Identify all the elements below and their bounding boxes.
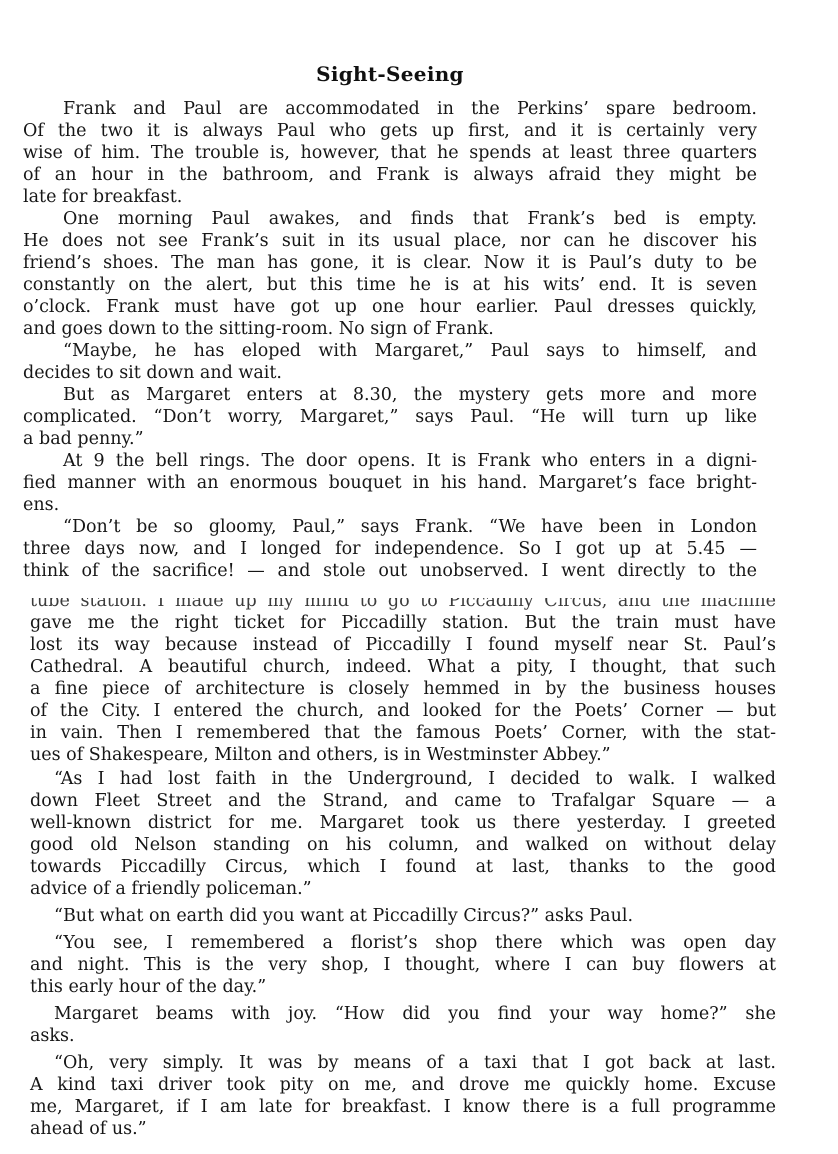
- text-line: “But what on earth did you want at Picca…: [30, 905, 776, 927]
- text-line: Of the two it is always Paul who gets up…: [23, 120, 757, 142]
- text-line: a bad penny.”: [23, 428, 757, 450]
- text-line: fied manner with an enormous bouquet in …: [23, 472, 757, 494]
- text-line: a fine piece of architecture is closely …: [30, 678, 776, 700]
- text-line: A kind taxi driver took pity on me, and …: [30, 1074, 776, 1096]
- paragraph: “Oh, very simply. It was by means of a t…: [30, 1052, 776, 1140]
- text-line: One morning Paul awakes, and finds that …: [23, 208, 757, 230]
- text-line: constantly on the alert, but this time h…: [23, 274, 757, 296]
- paragraph: “Maybe, he has eloped with Margaret,” Pa…: [23, 340, 757, 384]
- text-line: wise of him. The trouble is, however, th…: [23, 142, 757, 164]
- text-line: advice of a friendly policeman.”: [30, 878, 776, 900]
- text-line: gave me the right ticket for Piccadilly …: [30, 612, 776, 634]
- text-column-upper: Frank and Paul are accommodated in the P…: [23, 98, 757, 582]
- text-line: complicated. “Don’t worry, Margaret,” sa…: [23, 406, 757, 428]
- text-line: and goes down to the sitting-room. No si…: [23, 318, 757, 340]
- text-line: o’clock. Frank must have got up one hour…: [23, 296, 757, 318]
- text-line: “As I had lost faith in the Underground,…: [30, 768, 776, 790]
- text-line: decides to sit down and wait.: [23, 362, 757, 384]
- paragraph: Frank and Paul are accommodated in the P…: [23, 98, 757, 208]
- text-line: He does not see Frank’s suit in its usua…: [23, 230, 757, 252]
- paragraph: tube station. I made up my mind to go to…: [30, 590, 776, 766]
- text-line: of an hour in the bathroom, and Frank is…: [23, 164, 757, 186]
- text-line: me, Margaret, if I am late for breakfast…: [30, 1096, 776, 1118]
- text-line: lost its way because instead of Piccadil…: [30, 634, 776, 656]
- text-line: of the City. I entered the church, and l…: [30, 700, 776, 722]
- text-line: “Maybe, he has eloped with Margaret,” Pa…: [23, 340, 757, 362]
- text-line: late for breakfast.: [23, 186, 757, 208]
- text-line: Frank and Paul are accommodated in the P…: [23, 98, 757, 120]
- text-line: tube station. I made up my mind to go to…: [30, 590, 776, 612]
- text-line: friend’s shoes. The man has gone, it is …: [23, 252, 757, 274]
- text-line: good old Nelson standing on his column, …: [30, 834, 776, 856]
- text-line: “Don’t be so gloomy, Paul,” says Frank. …: [23, 516, 757, 538]
- text-line: Cathedral. A beautiful church, indeed. W…: [30, 656, 776, 678]
- paragraph: “Don’t be so gloomy, Paul,” says Frank. …: [23, 516, 757, 582]
- text-line: and night. This is the very shop, I thou…: [30, 954, 776, 976]
- text-line: this early hour of the day.”: [30, 976, 776, 998]
- text-line: Margaret beams with joy. “How did you fi…: [30, 1003, 776, 1025]
- paragraph: “As I had lost faith in the Underground,…: [30, 768, 776, 900]
- text-line: But as Margaret enters at 8.30, the myst…: [23, 384, 757, 406]
- paragraph: “You see, I remembered a florist’s shop …: [30, 932, 776, 998]
- text-line: in vain. Then I remembered that the famo…: [30, 722, 776, 744]
- text-column-lower: tube station. I made up my mind to go to…: [30, 590, 776, 1140]
- paragraph: At 9 the bell rings. The door opens. It …: [23, 450, 757, 516]
- text-line: ahead of us.”: [30, 1118, 776, 1140]
- text-line: ues of Shakespeare, Milton and others, i…: [30, 744, 776, 766]
- text-line: well-known district for me. Margaret too…: [30, 812, 776, 834]
- text-line: down Fleet Street and the Strand, and ca…: [30, 790, 776, 812]
- text-line: three days now, and I longed for indepen…: [23, 538, 757, 560]
- text-line: think of the sacrifice! — and stole out …: [23, 560, 757, 582]
- paragraph: “But what on earth did you want at Picca…: [30, 905, 776, 927]
- text-line: towards Piccadilly Circus, which I found…: [30, 856, 776, 878]
- text-line: asks.: [30, 1025, 776, 1047]
- paragraph: Margaret beams with joy. “How did you fi…: [30, 1003, 776, 1047]
- text-line: “Oh, very simply. It was by means of a t…: [30, 1052, 776, 1074]
- paragraph: But as Margaret enters at 8.30, the myst…: [23, 384, 757, 450]
- text-line: “You see, I remembered a florist’s shop …: [30, 932, 776, 954]
- page-title: Sight-Seeing: [23, 62, 757, 86]
- text-line: At 9 the bell rings. The door opens. It …: [23, 450, 757, 472]
- scanned-page: Sight-Seeing Frank and Paul are accommod…: [0, 0, 838, 1154]
- text-line: ens.: [23, 494, 757, 516]
- paragraph: One morning Paul awakes, and finds that …: [23, 208, 757, 340]
